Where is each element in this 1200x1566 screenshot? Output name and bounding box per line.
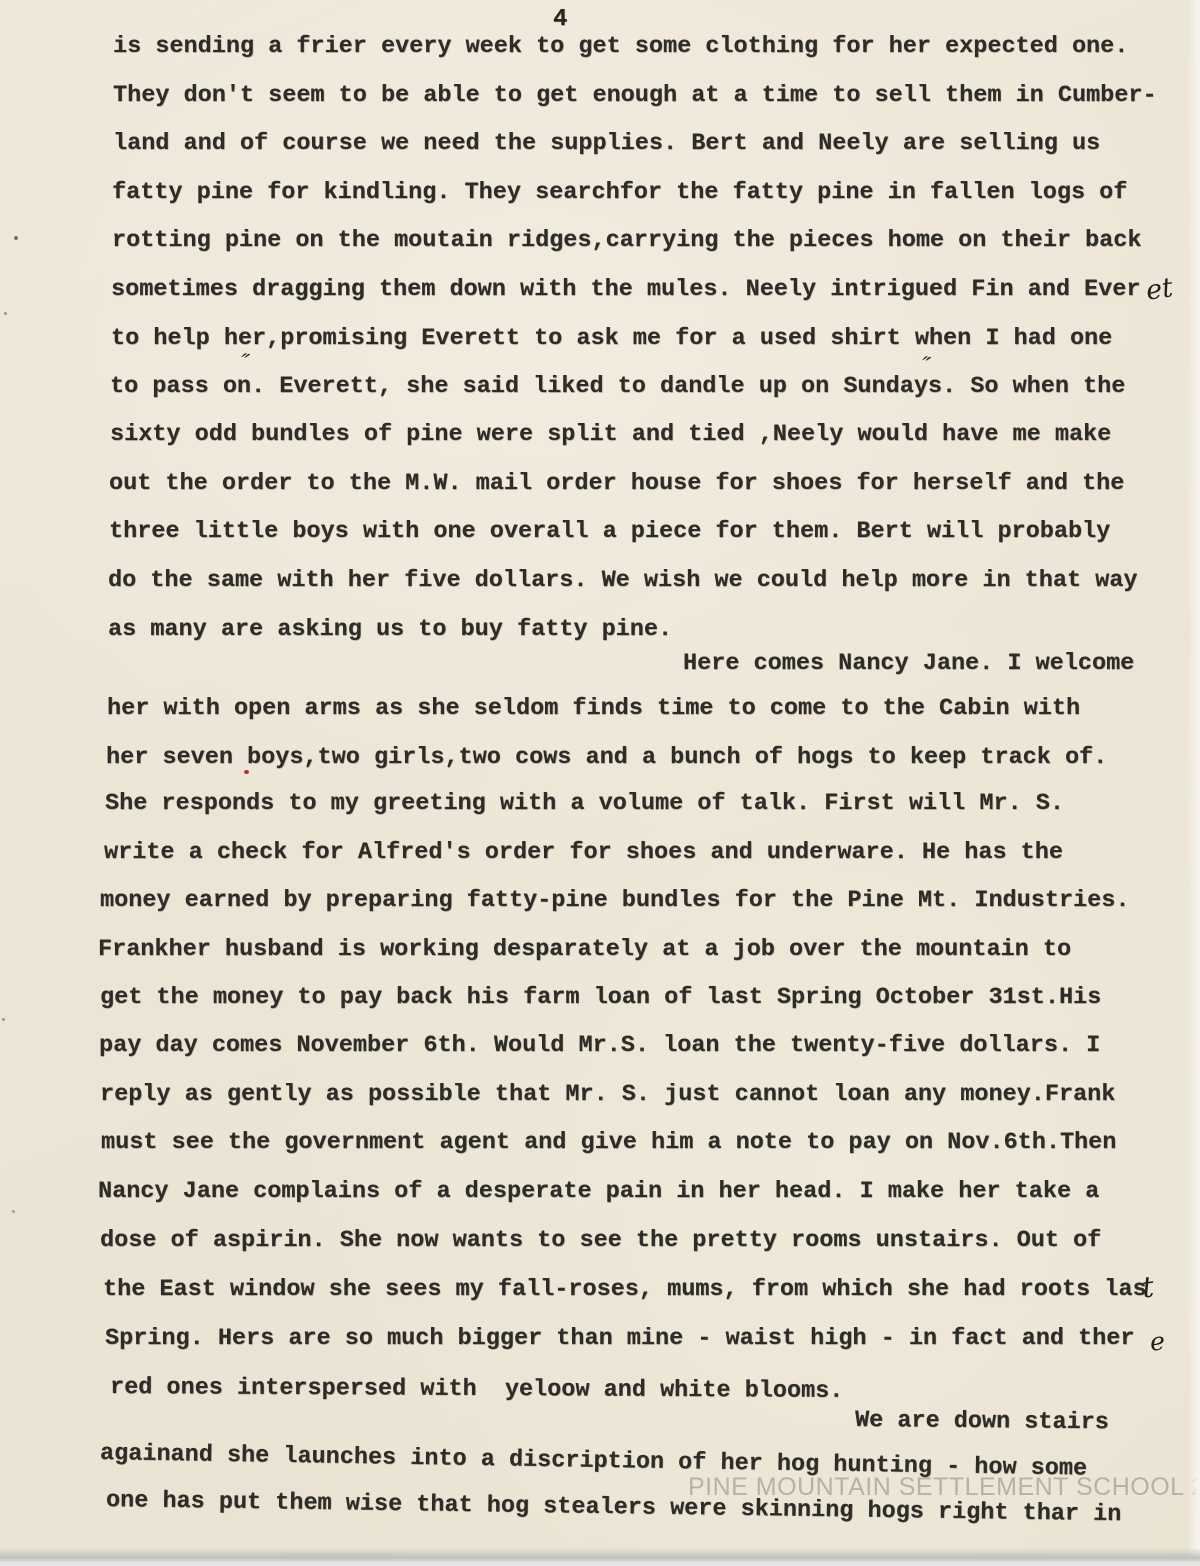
page-bottom-edge — [0, 1548, 1200, 1566]
scan-speck — [2, 1018, 5, 1021]
text-line: to help her,promising Everett to ask me … — [111, 325, 1112, 352]
text-line: Here comes Nancy Jane. I welcome — [683, 650, 1134, 677]
text-line: is sending a frier every week to get som… — [113, 33, 1128, 60]
text-line: the East window she sees my fall-roses, … — [103, 1276, 1147, 1303]
text-line: do the same with her five dollars. We wi… — [108, 567, 1137, 594]
scanned-letter-page: 4 is sending a frier every week to get s… — [0, 0, 1200, 1566]
text-line: red ones interspersed with yeloow and wh… — [110, 1374, 843, 1405]
page-number: 4 — [553, 6, 567, 33]
page-right-edge — [1187, 0, 1200, 1566]
text-line: to pass on. Everett, she said liked to d… — [110, 373, 1125, 400]
text-line: her with open arms as she seldom finds t… — [107, 695, 1080, 722]
text-line: Frankher husband is working desparately … — [98, 936, 1071, 963]
text-line: They don't seem to be able to get enough… — [113, 82, 1157, 109]
watermark: PINE MOUNTAIN SETTLEMENT SCHOOL 2015 — [688, 1473, 1200, 1502]
text-line: money earned by preparing fatty-pine bun… — [100, 887, 1129, 914]
red-ink-speck — [244, 770, 249, 774]
text-line: reply as gently as possible that Mr. S. … — [100, 1081, 1115, 1108]
text-line: We are down stairs — [855, 1407, 1109, 1436]
text-line: write a check for Alfred's order for sho… — [104, 839, 1063, 866]
text-line: sometimes dragging them down with the mu… — [111, 276, 1140, 303]
text-line: as many are asking us to buy fatty pine. — [108, 616, 672, 643]
scan-speck — [12, 1210, 15, 1213]
text-line: sixty odd bundles of pine were split and… — [110, 421, 1111, 448]
text-line: land and of course we need the supplies.… — [113, 130, 1100, 157]
handwritten-correction-there-e: e — [1149, 1327, 1166, 1357]
text-line: Nancy Jane complains of a desperate pain… — [98, 1178, 1099, 1205]
text-line: get the money to pay back his farm loan … — [100, 984, 1101, 1011]
text-line: fatty pine for kindling. They searchfor … — [112, 179, 1127, 206]
handwritten-correction-last-t: t — [1140, 1269, 1155, 1304]
text-line: three little boys with one overall a pie… — [109, 518, 1110, 545]
scan-speck — [14, 236, 18, 240]
text-line: her seven boys,two girls,two cows and a … — [106, 744, 1107, 771]
scan-speck — [4, 312, 7, 315]
text-line: She responds to my greeting with a volum… — [105, 790, 1064, 817]
text-line: Spring. Hers are so much bigger than min… — [105, 1325, 1134, 1352]
text-line: dose of aspirin. She now wants to see th… — [100, 1227, 1101, 1254]
text-line: rotting pine on the moutain ridges,carry… — [112, 227, 1141, 254]
text-line: out the order to the M.W. mail order hou… — [109, 470, 1124, 497]
text-line: pay day comes November 6th. Would Mr.S. … — [99, 1032, 1100, 1059]
text-line: must see the government agent and give h… — [101, 1129, 1116, 1156]
handwritten-correction-everett: et — [1144, 272, 1175, 306]
